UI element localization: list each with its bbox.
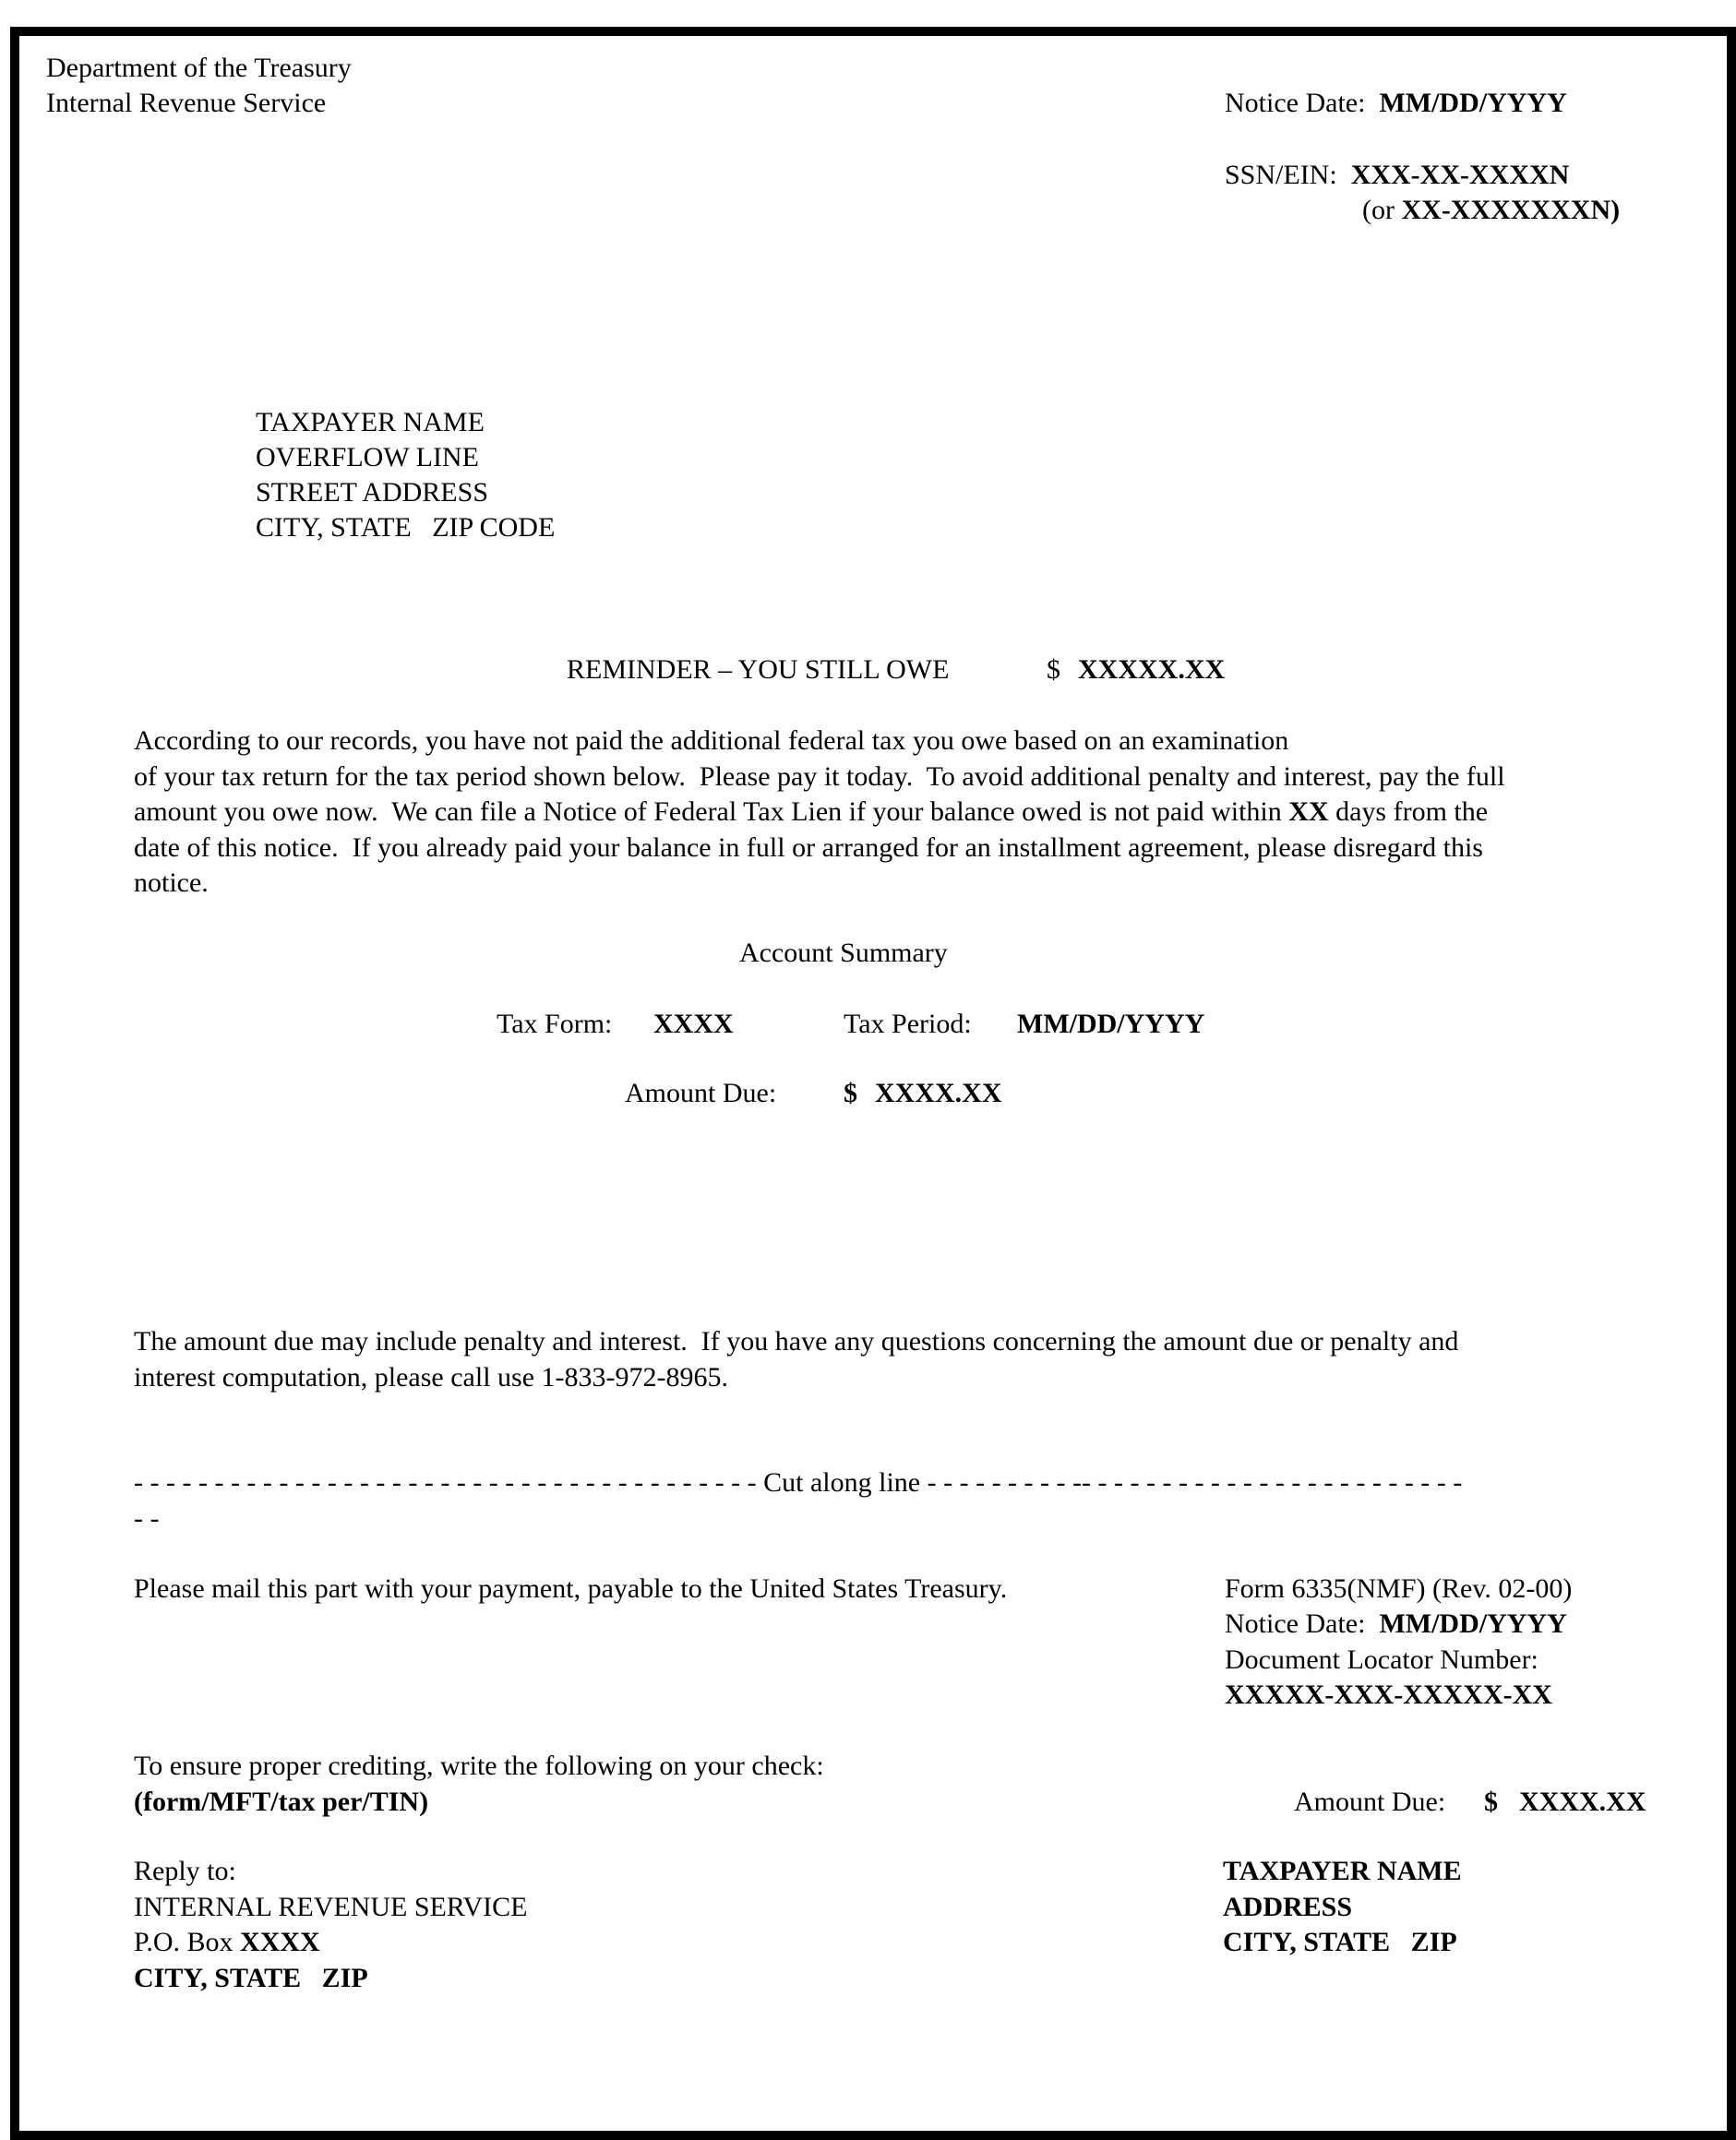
payer-city: CITY, STATE ZIP: [1223, 1929, 1457, 1956]
agency-line-1: Department of the Treasury: [46, 54, 352, 82]
taxpayer-name: TAXPAYER NAME: [256, 409, 485, 436]
body-line-4: date of this notice. If you already paid…: [134, 834, 1483, 862]
reminder-amount: XXXXX.XX: [1078, 656, 1225, 684]
reply-to-label: Reply to:: [134, 1858, 236, 1885]
notice-date: Notice Date: MM/DD/YYYY: [1225, 90, 1567, 117]
body-line-5: notice.: [134, 869, 209, 897]
notice-border: [10, 27, 1736, 2140]
check-memo: (form/MFT/tax per/TIN): [134, 1788, 428, 1816]
mail-instruction: Please mail this part with your payment,…: [134, 1575, 1007, 1603]
amount-due-currency: $: [844, 1080, 857, 1107]
dln-value: XXXXX-XXX-XXXXX-XX: [1225, 1681, 1552, 1709]
stub-amount-due-value: XXXX.XX: [1519, 1788, 1646, 1816]
payer-street: ADDRESS: [1223, 1894, 1352, 1921]
ein-prefix: (or: [1362, 195, 1401, 225]
reminder-label: REMINDER – YOU STILL OWE: [567, 656, 949, 684]
ein-alt: (or XX-XXXXXXXN): [1362, 197, 1620, 224]
body-line-1: According to our records, you have not p…: [134, 727, 1288, 755]
stub-notice-date-value: MM/DD/YYYY: [1379, 1608, 1566, 1639]
reply-to-po-box: P.O. Box XXXX: [134, 1929, 320, 1956]
amount-due-value: XXXX.XX: [875, 1080, 1002, 1107]
ssn-value: XXX-XX-XXXXN: [1351, 160, 1570, 190]
tax-form-label: Tax Form:: [497, 1010, 612, 1038]
body-line-3: amount you owe now. We can file a Notice…: [134, 798, 1488, 826]
cut-line-wrap: - -: [134, 1505, 159, 1533]
taxpayer-city-state-zip: CITY, STATE ZIP CODE: [256, 514, 555, 542]
taxpayer-overflow-line: OVERFLOW LINE: [256, 444, 479, 472]
reply-to-name: INTERNAL REVENUE SERVICE: [134, 1894, 527, 1921]
stub-notice-date-label: Notice Date:: [1225, 1608, 1365, 1639]
cut-line-dashes-right: - - - - - - - - - -- - - - - - - - - - -…: [928, 1467, 1463, 1498]
lien-days-value: XX: [1288, 796, 1328, 827]
stub-amount-due-label: Amount Due:: [1294, 1788, 1445, 1816]
po-box-label: P.O. Box: [134, 1927, 240, 1957]
cut-line-dashes-left: - - - - - - - - - - - - - - - - - - - - …: [134, 1467, 757, 1498]
check-instruction: To ensure proper crediting, write the fo…: [134, 1752, 824, 1780]
dln-label: Document Locator Number:: [1225, 1646, 1538, 1674]
po-box-value: XXXX: [240, 1927, 320, 1957]
stub-notice-date: Notice Date: MM/DD/YYYY: [1225, 1610, 1567, 1638]
tax-form-value: XXXX: [653, 1010, 734, 1038]
payer-name: TAXPAYER NAME: [1223, 1858, 1462, 1885]
agency-line-2: Internal Revenue Service: [46, 90, 326, 117]
ein-value: XX-XXXXXXXN): [1401, 195, 1620, 225]
body-line-3-tail: days from the: [1329, 796, 1488, 827]
amount-due-label: Amount Due:: [625, 1080, 776, 1107]
tax-period-value: MM/DD/YYYY: [1017, 1010, 1204, 1038]
ssn-ein-label: SSN/EIN:: [1225, 160, 1337, 190]
form-id: Form 6335(NMF) (Rev. 02-00): [1225, 1575, 1572, 1603]
notice-date-value: MM/DD/YYYY: [1379, 88, 1566, 118]
ssn-ein: SSN/EIN: XXX-XX-XXXXN: [1225, 161, 1569, 189]
reply-to-city: CITY, STATE ZIP: [134, 1965, 368, 1992]
tax-period-label: Tax Period:: [844, 1010, 972, 1038]
taxpayer-street: STREET ADDRESS: [256, 479, 488, 507]
penalty-note-line-1: The amount due may include penalty and i…: [134, 1328, 1458, 1356]
account-summary-title: Account Summary: [739, 939, 948, 967]
cut-line-label: Cut along line: [763, 1467, 920, 1498]
body-line-3-text: amount you owe now. We can file a Notice…: [134, 796, 1288, 827]
cut-line: - - - - - - - - - - - - - - - - - - - - …: [134, 1469, 1462, 1497]
reminder-currency: $: [1047, 656, 1060, 684]
stub-amount-due-currency: $: [1484, 1788, 1498, 1816]
notice-date-label: Notice Date:: [1225, 88, 1365, 118]
penalty-note-line-2: interest computation, please call use 1-…: [134, 1364, 728, 1392]
body-line-2: of your tax return for the tax period sh…: [134, 763, 1505, 791]
